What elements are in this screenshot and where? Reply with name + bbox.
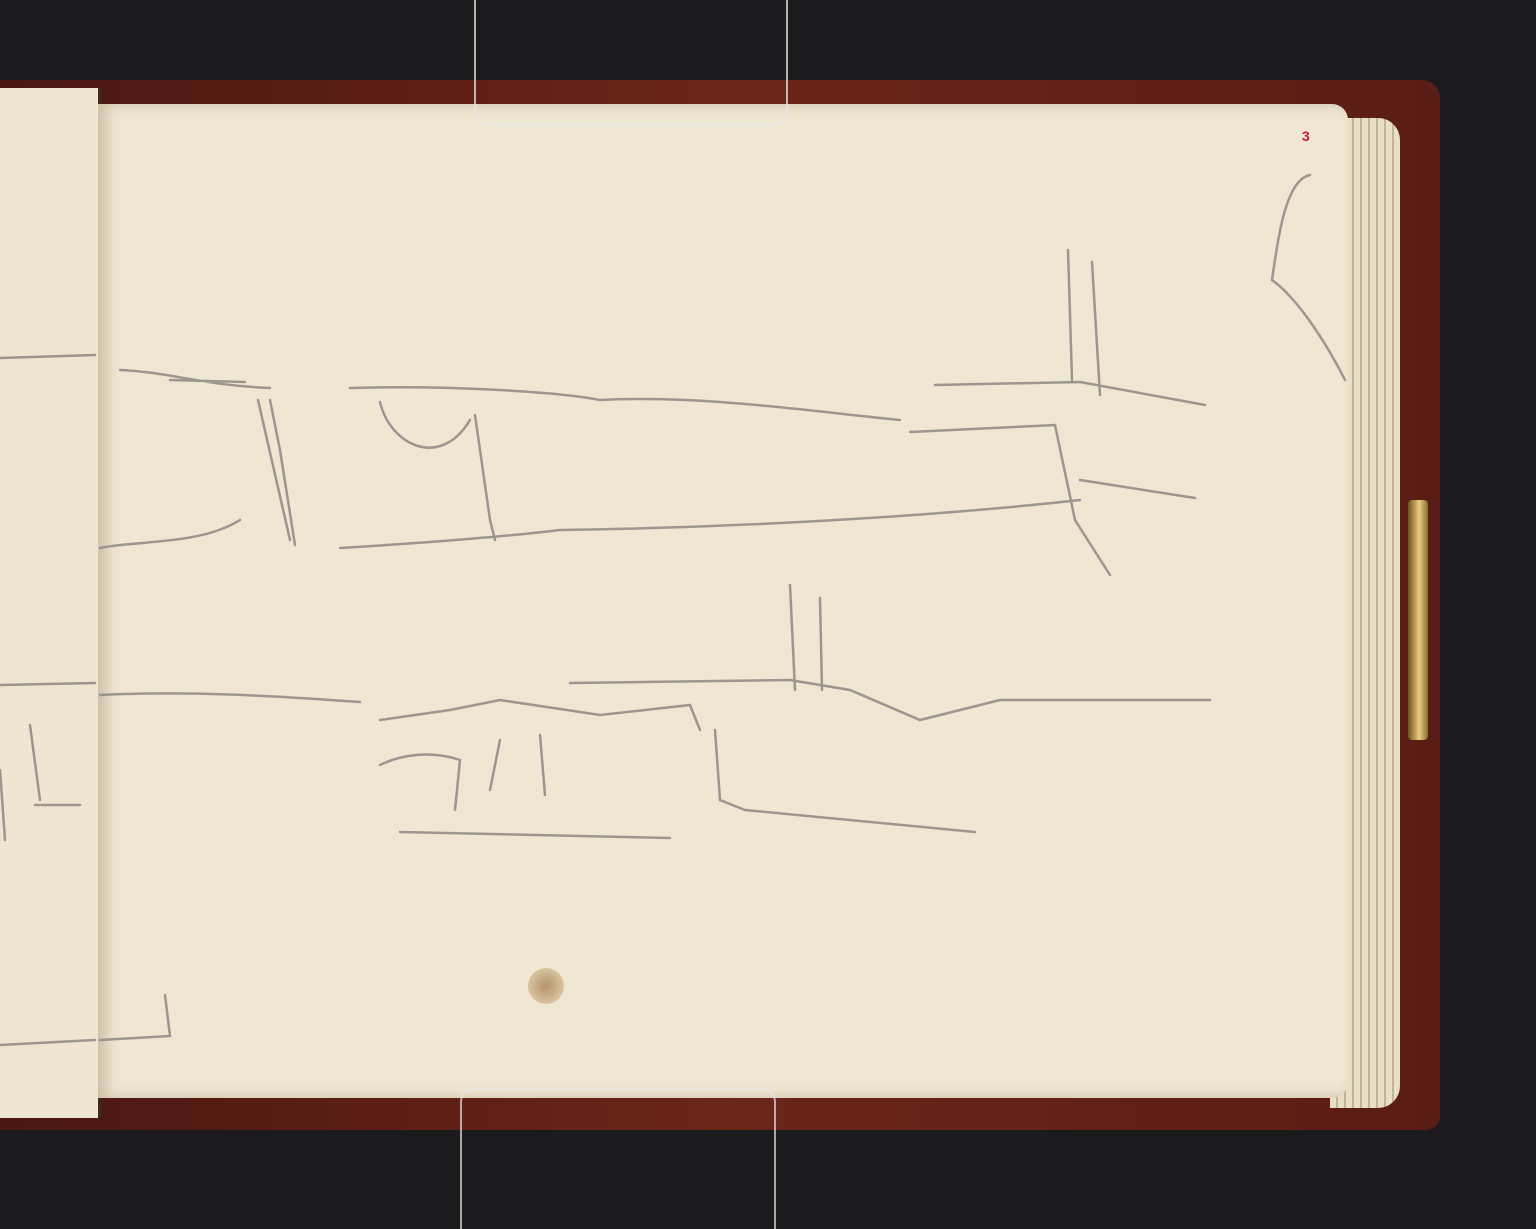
- acrylic-clip-bottom: [460, 1088, 776, 1229]
- acrylic-clip-top: [474, 0, 788, 126]
- pencil-sketch: [0, 0, 1536, 1229]
- collection-stamp: 3: [1302, 128, 1322, 148]
